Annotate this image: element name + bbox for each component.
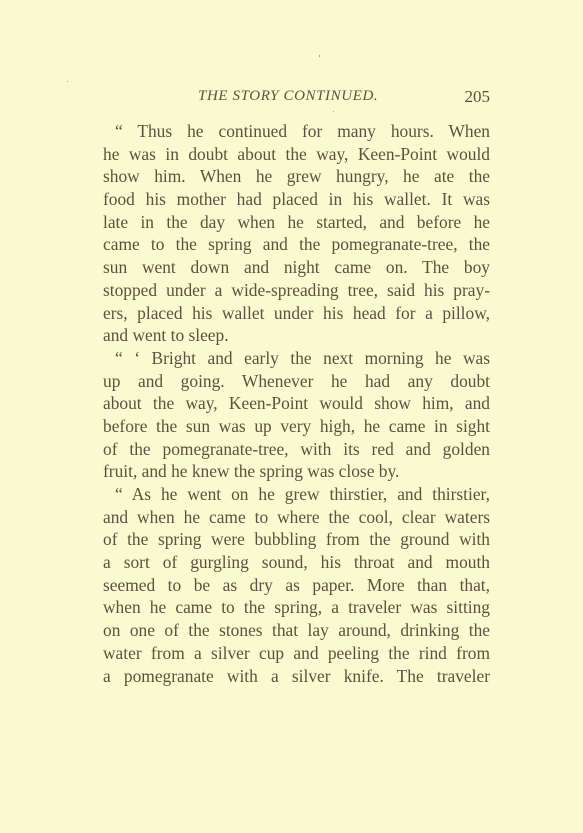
- running-header: THE STORY CONTINUED. 205: [198, 88, 490, 110]
- scan-speck: [333, 111, 334, 112]
- text-line: ers, placed his wallet under his head fo…: [103, 302, 490, 325]
- text-line: stopped under a wide-spreading tree, sai…: [103, 279, 490, 302]
- paragraph-3: “ As he went on he grew thirstier, and t…: [103, 483, 490, 687]
- text-line: up and going. Whenever he had any doubt: [103, 370, 490, 393]
- text-line: “ As he went on he grew thirstier, and t…: [103, 483, 490, 506]
- text-line: and when he came to where the cool, clea…: [103, 506, 490, 529]
- paragraph-2: “ ‘ Bright and early the next morning he…: [103, 347, 490, 483]
- book-page: THE STORY CONTINUED. 205 “ Thus he conti…: [0, 0, 583, 833]
- text-line: “ ‘ Bright and early the next morning he…: [103, 347, 490, 370]
- text-line: of the pomegranate-tree, with its red an…: [103, 438, 490, 461]
- paragraph-1: “ Thus he continued for many hours. When…: [103, 120, 490, 347]
- text-line: and went to sleep.: [103, 324, 490, 347]
- text-line: “ Thus he continued for many hours. When: [103, 120, 490, 143]
- text-line: seemed to be as dry as paper. More than …: [103, 574, 490, 597]
- text-line: before the sun was up very high, he came…: [103, 415, 490, 438]
- page-number: 205: [465, 87, 491, 107]
- running-title: THE STORY CONTINUED.: [198, 88, 378, 105]
- text-line: of the spring were bubbling from the gro…: [103, 528, 490, 551]
- text-line: fruit, and he knew the spring was close …: [103, 460, 490, 483]
- text-line: when he came to the spring, a traveler w…: [103, 596, 490, 619]
- text-line: food his mother had placed in his wallet…: [103, 188, 490, 211]
- text-line: late in the day when he started, and bef…: [103, 211, 490, 234]
- text-line: came to the spring and the pomegranate-t…: [103, 233, 490, 256]
- text-line: on one of the stones that lay around, dr…: [103, 619, 490, 642]
- text-line: about the way, Keen-Point would show him…: [103, 392, 490, 415]
- text-line: show him. When he grew hungry, he ate th…: [103, 165, 490, 188]
- text-line: sun went down and night came on. The boy: [103, 256, 490, 279]
- body-text: “ Thus he continued for many hours. When…: [103, 120, 490, 687]
- text-line: water from a silver cup and peeling the …: [103, 642, 490, 665]
- scan-speck: [67, 81, 68, 82]
- text-line: a pomegranate with a silver knife. The t…: [103, 665, 490, 688]
- text-line: a sort of gurgling sound, his throat and…: [103, 551, 490, 574]
- scan-speck: [319, 55, 320, 57]
- text-line: he was in doubt about the way, Keen-Poin…: [103, 143, 490, 166]
